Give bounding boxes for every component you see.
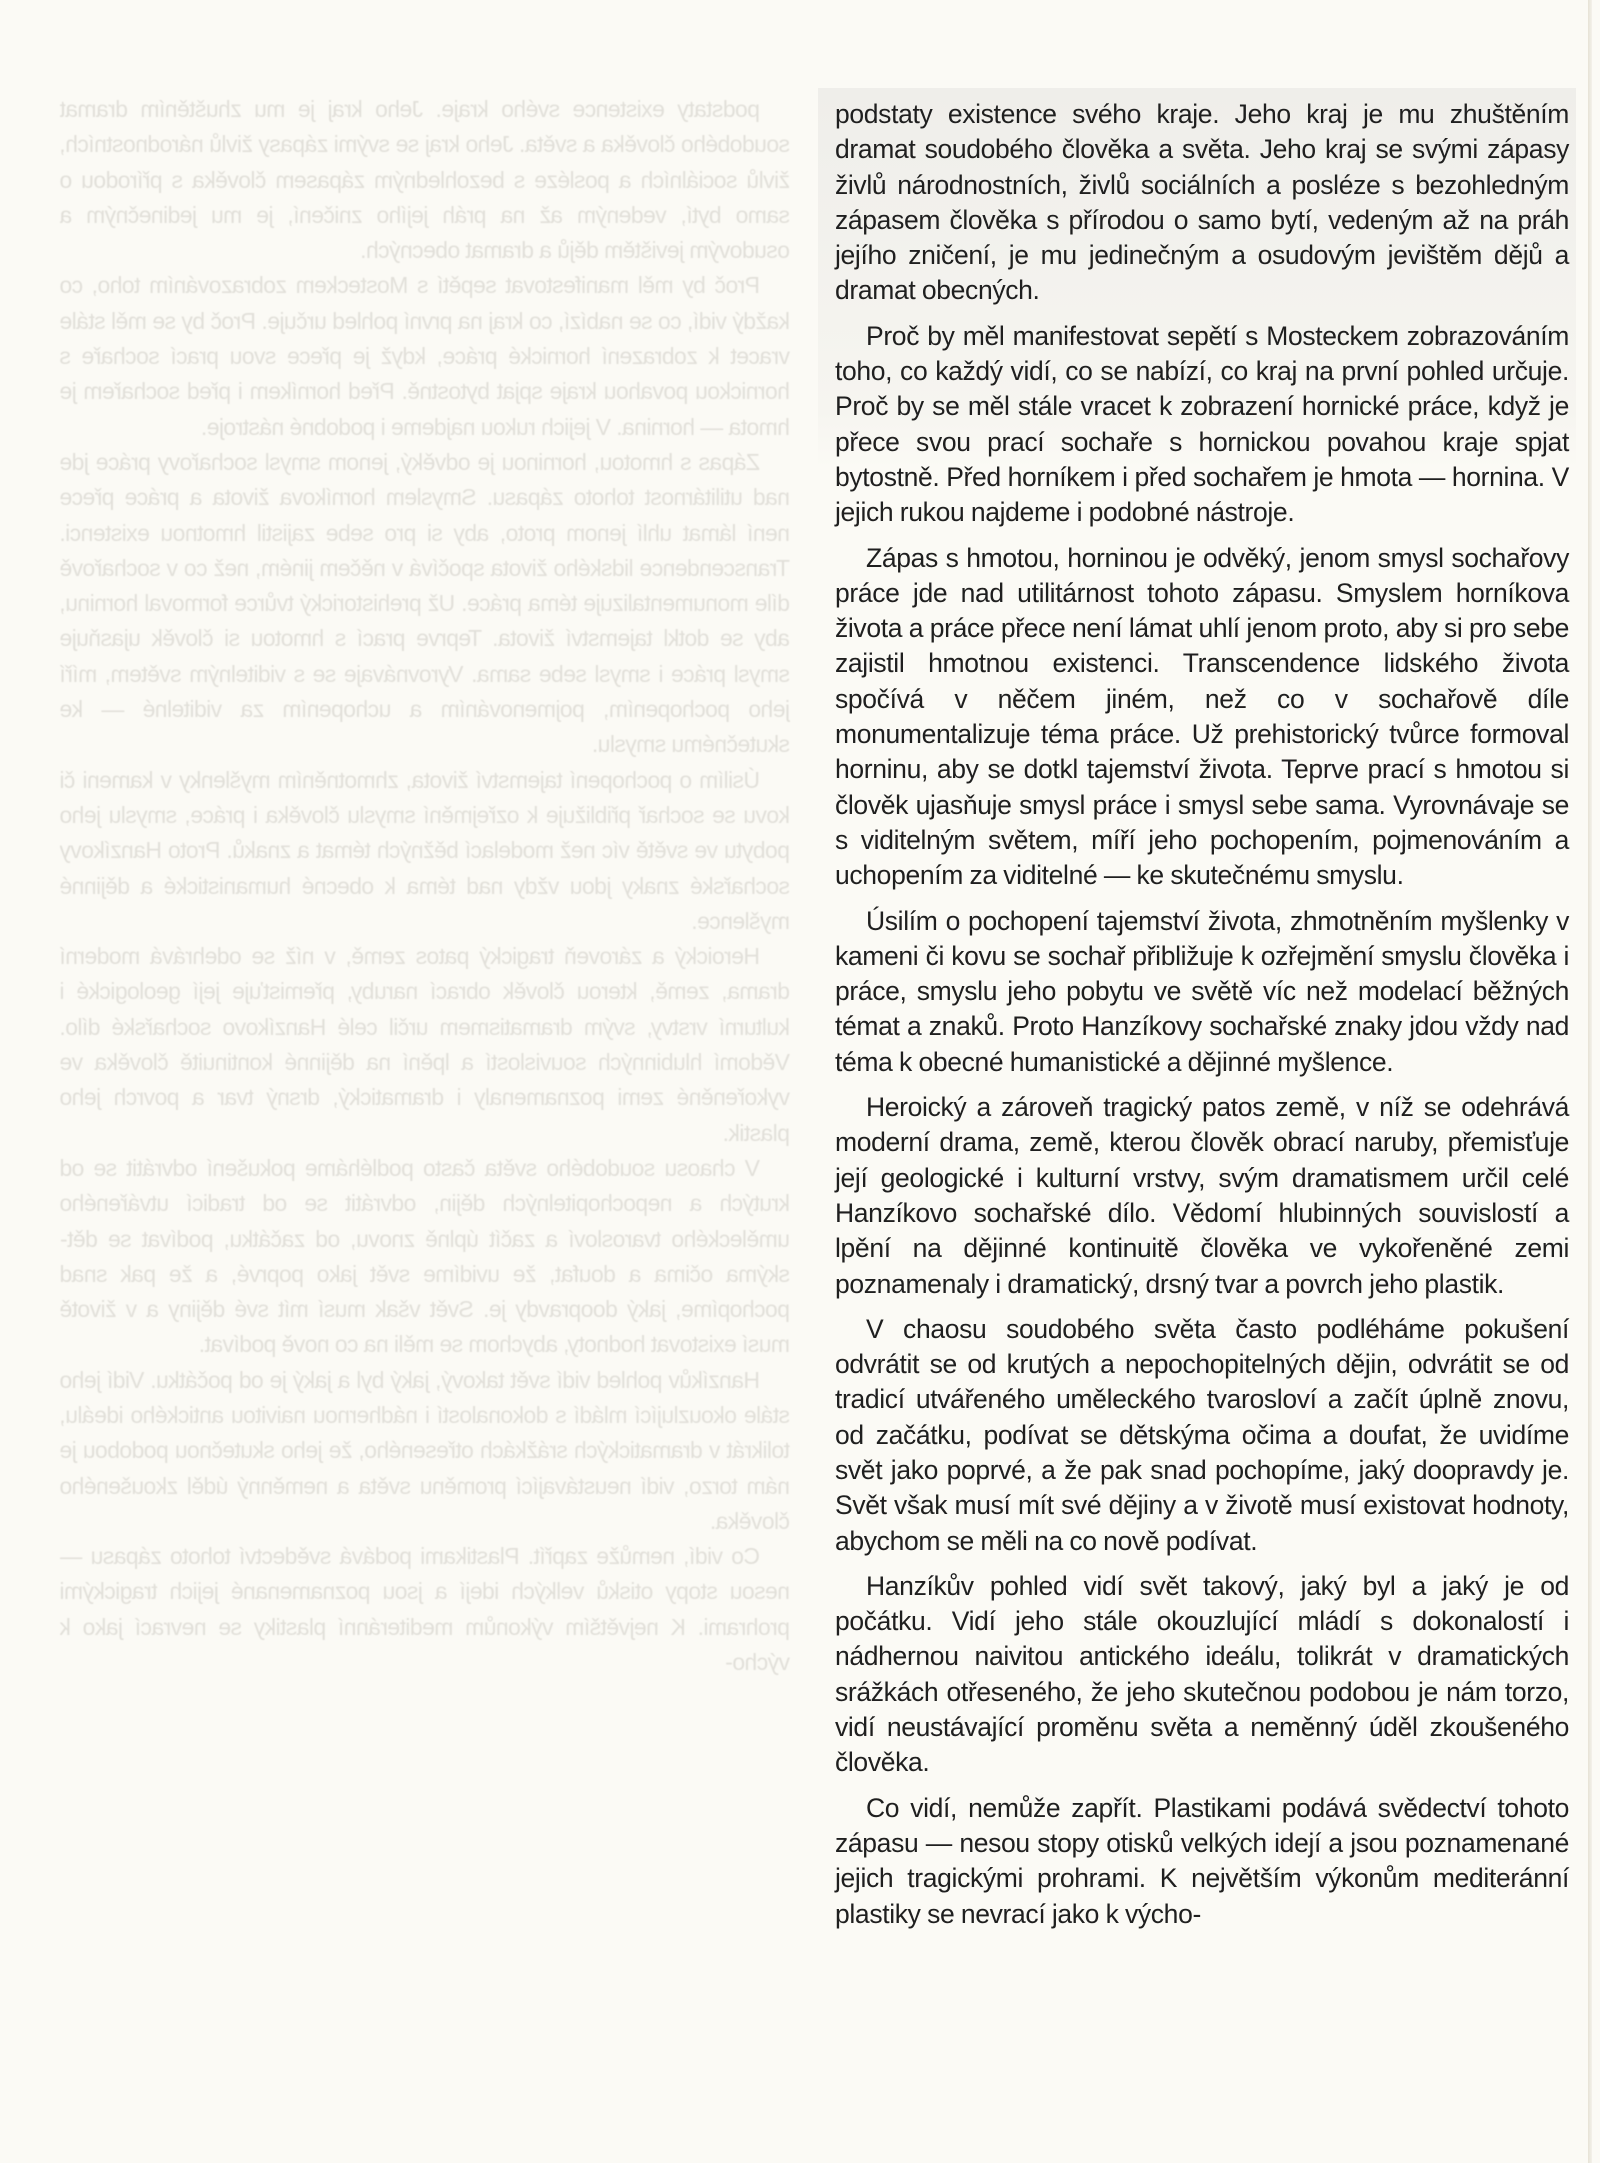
paragraph: Úsilím o pochopení tajemství života, zhm… [835, 904, 1569, 1080]
scanned-page: podstaty existence svého kraje. Jeho kra… [0, 0, 1600, 2163]
paragraph: Hanzíkův pohled vidí svět takový, jaký b… [835, 1569, 1569, 1781]
paragraph: Zápas s hmotou, horninou je odvěký, jeno… [835, 541, 1569, 894]
bleed-paragraph: V chaosu soudobého světa často podléháme… [60, 1151, 790, 1363]
bleed-paragraph: Zápas s hmotou, horninou je odvěký, jeno… [60, 445, 790, 763]
bleed-paragraph: Proč by měl manifestovat sepětí s Mostec… [60, 268, 790, 444]
paragraph: V chaosu soudobého světa často podléháme… [835, 1312, 1569, 1559]
paragraph-continued: podstaty existence svého kraje. Jeho kra… [835, 97, 1569, 309]
page-edge-shadow [1588, 0, 1592, 2163]
bleed-paragraph: Úsilím o pochopení tajemství života, zhm… [60, 763, 790, 939]
bleed-paragraph: podstaty existence svého kraje. Jeho kra… [60, 92, 790, 268]
paragraph: Proč by měl manifestovat sepětí s Mostec… [835, 319, 1569, 531]
bleed-paragraph: Hanzíkův pohled vidí svět takový, jaký b… [60, 1363, 790, 1539]
paragraph: Co vidí, nemůže zapřít. Plastikami podáv… [835, 1791, 1569, 1932]
bleed-paragraph: Heroický a zároveň tragický patos země, … [60, 939, 790, 1151]
text-column: podstaty existence svého kraje. Jeho kra… [835, 97, 1569, 1942]
bleed-through-texture: podstaty existence svého kraje. Jeho kra… [60, 92, 790, 1952]
bleed-paragraph: Co vidí, nemůže zapřít. Plastikami podáv… [60, 1539, 790, 1680]
paragraph: Heroický a zároveň tragický patos země, … [835, 1090, 1569, 1302]
